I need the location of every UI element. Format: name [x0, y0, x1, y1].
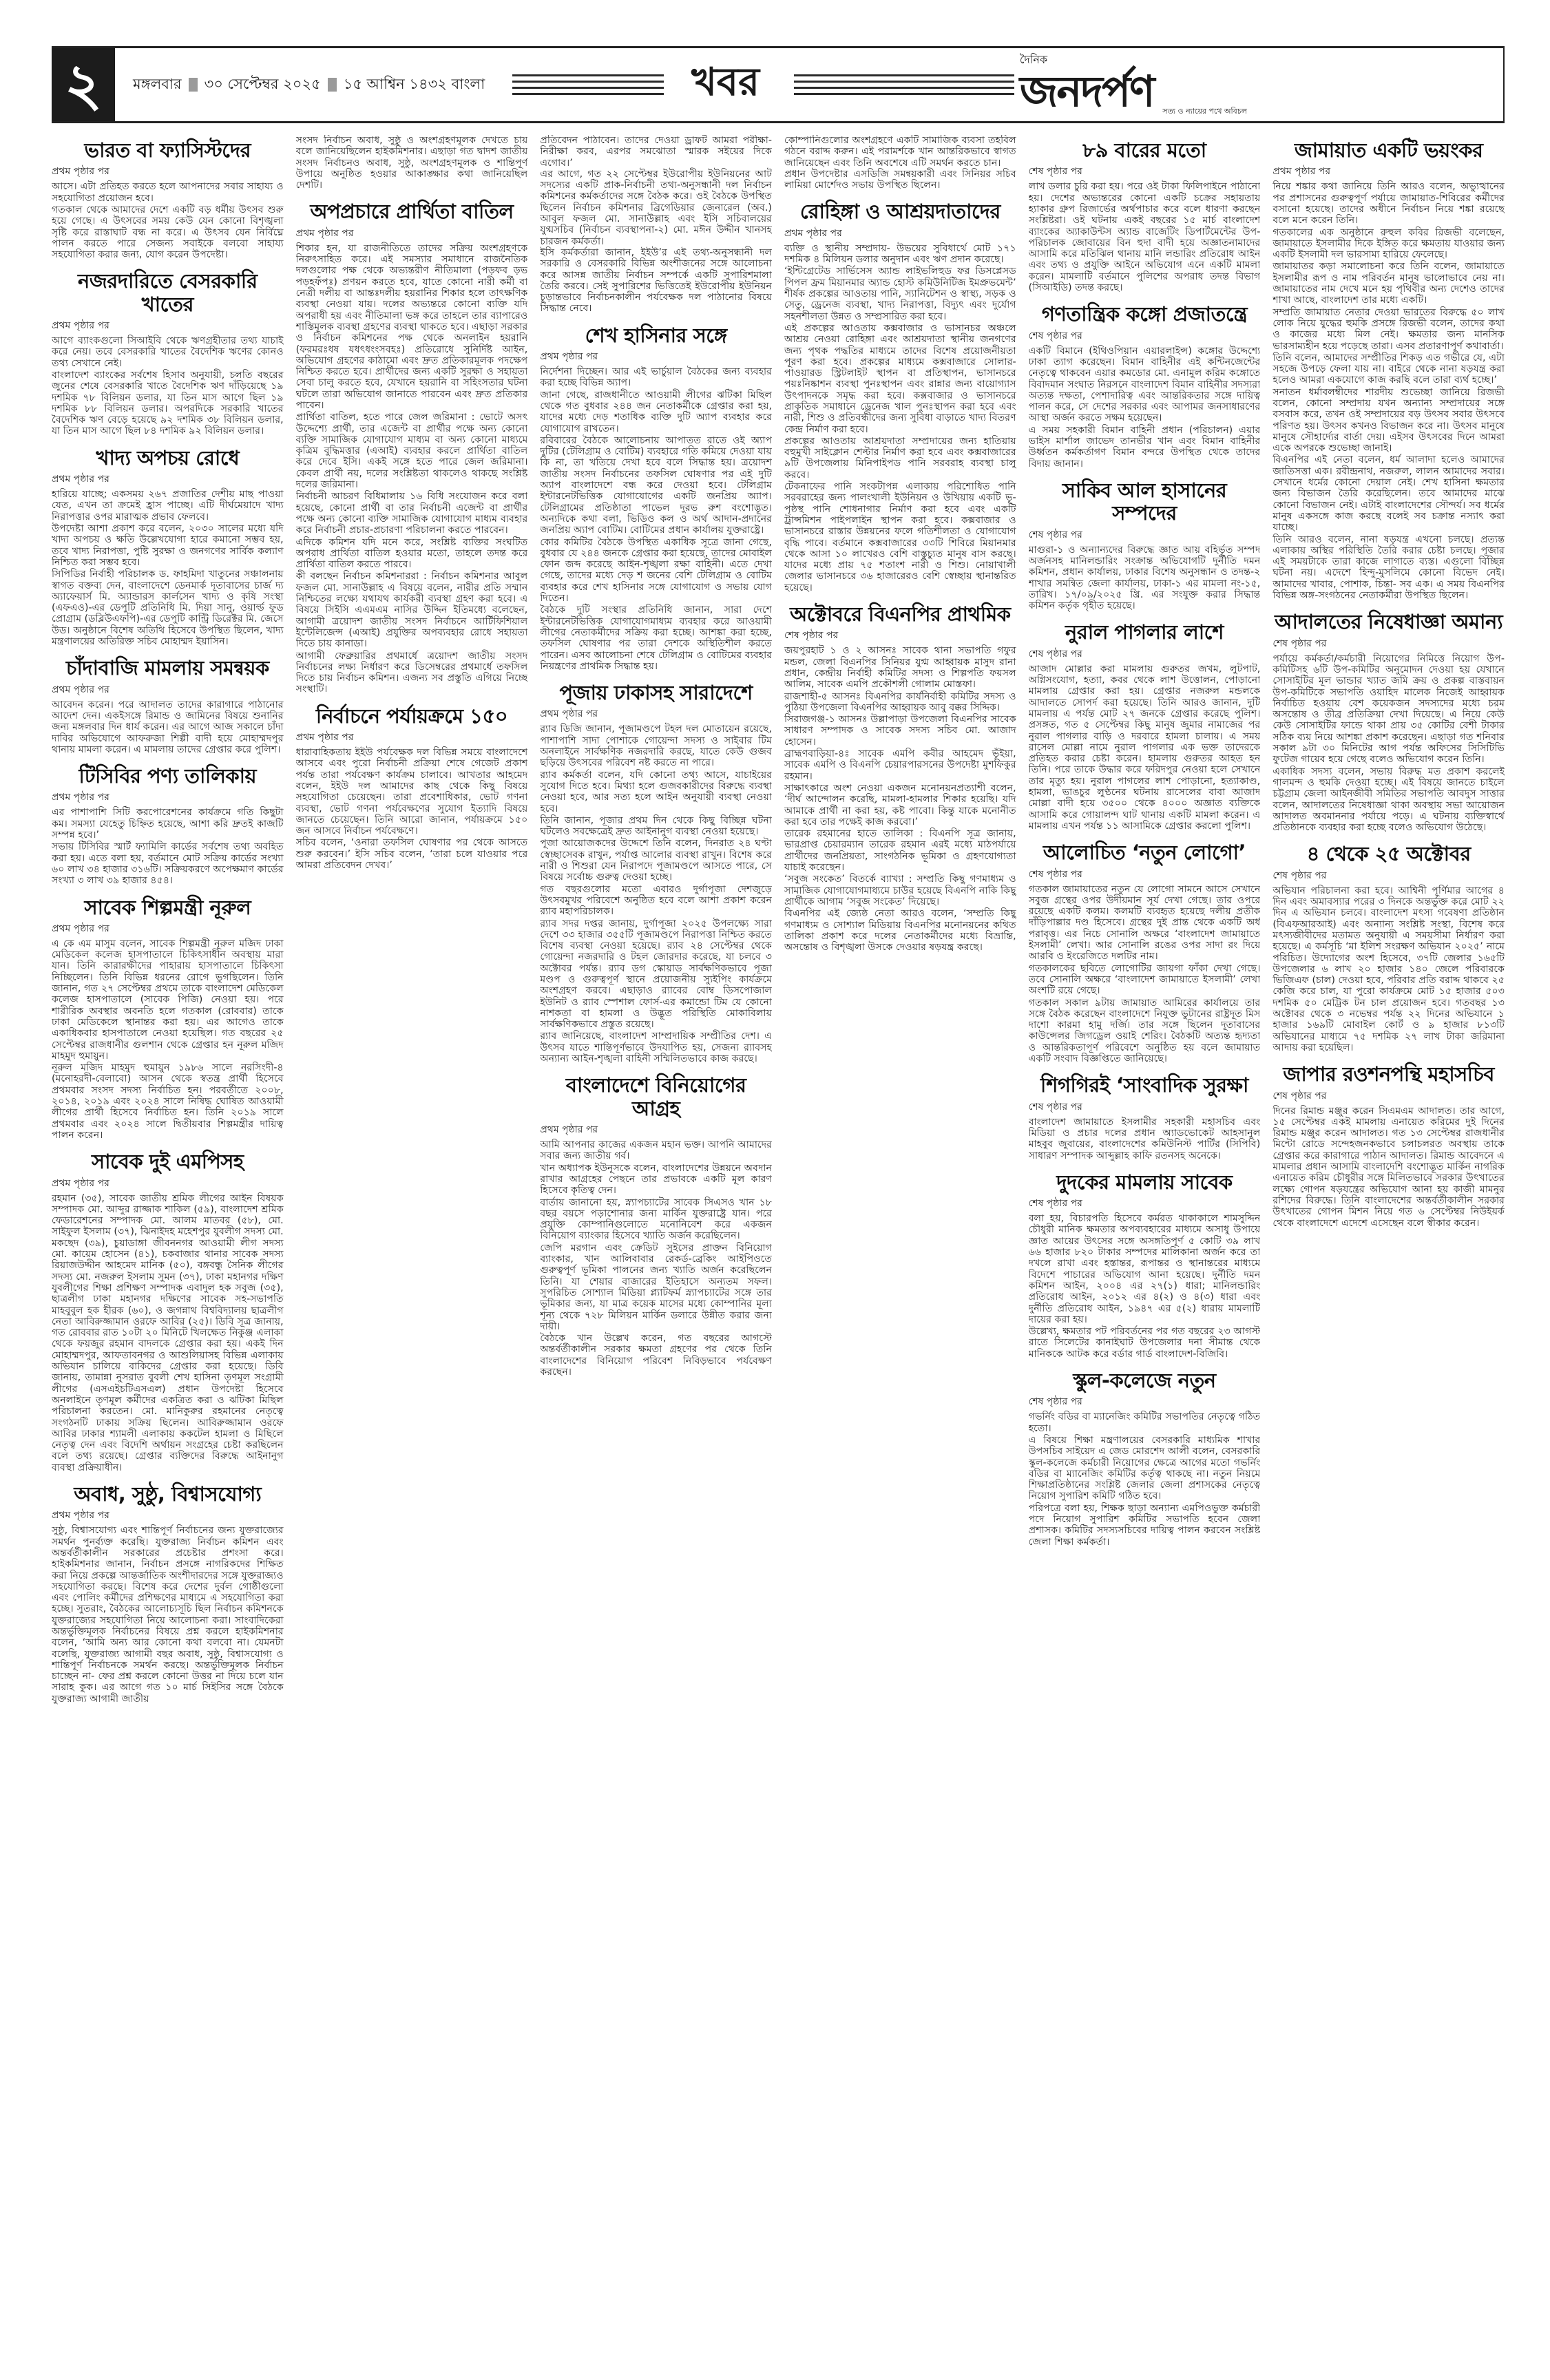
- separator-square-icon: [328, 78, 337, 92]
- date-gregorian: ৩০ সেপ্টেম্বর ২০২৫: [205, 73, 321, 97]
- article-headline[interactable]: গণতান্ত্রিক কঙ্গো প্রজাতন্ত্রে: [1029, 303, 1261, 326]
- paragraph: পর্যায়ে কর্মকর্তা/কর্মচারী নিয়োগের নিম…: [1273, 653, 1505, 766]
- article-body: নির্দেশনা দিচ্ছেন। আর এই ভার্চুয়াল বৈঠক…: [540, 366, 772, 672]
- paragraph: বৈঠকে খান উল্লেখ করেন, গত বছরের আগস্টে অ…: [540, 1333, 772, 1378]
- paragraph: নির্দেশনা দিচ্ছেন। আর এই ভার্চুয়াল বৈঠক…: [540, 366, 772, 389]
- news-article: নুরাল পাগলার লাশেশেষ পৃষ্ঠার পরআজাদ মোল্…: [1029, 621, 1261, 832]
- paragraph: গত বছরগুলোর মতো এবারও দুর্গাপূজা দেশজুড়…: [540, 884, 772, 918]
- paragraph: ব্যক্তি ও স্থানীয় সম্প্রদায়- উভয়ের সু…: [784, 243, 1016, 266]
- paragraph: গতকাল সকাল ৯টায় জামায়াত আমিরের কার্যাল…: [1029, 998, 1261, 1065]
- paragraph: দিনের রিমান্ড মঞ্জুর করেন সিএমএম আদালত। …: [1273, 1106, 1505, 1229]
- newspaper-logo: দৈনিক জনদর্পণ সত্য ও ন্যায়ের পথে অবিচল: [1020, 48, 1254, 121]
- news-article: চাঁদাবাজি মামলায় সমন্বয়কপ্রথম পৃষ্ঠার …: [52, 657, 284, 755]
- continued-from-label: শেষ পৃষ্ঠার পর: [1273, 1088, 1505, 1104]
- column-3: প্রতিবেদন পাঠাবেন। তাদের দেওয়া ড্রাফট আ…: [540, 135, 772, 2338]
- paragraph: সংসদ নির্বাচন অবাধ, সুষ্ঠু ও অংশগ্রহণমূল…: [296, 135, 528, 191]
- paragraph: আমি আপনার কাজের একজন মহান ভক্ত। আপনি আমা…: [540, 1139, 772, 1162]
- paragraph: কী বলছেন নির্বাচন কমিশনাররা : নির্বাচন ক…: [296, 571, 528, 649]
- paragraph: বিএনপির এই জ্যেষ্ঠ নেতা আরও বলেন, ‘সম্প্…: [784, 908, 1016, 953]
- continued-from-label: প্রথম পৃষ্ঠার পর: [52, 317, 284, 334]
- paragraph: লাখ ডলার চুরি করা হয়। পরে ওই টাকা ফিলিপ…: [1029, 181, 1261, 293]
- article-body: এ কে এম মাসুম বলেন, সাবেক শিল্পমন্ত্রী ন…: [52, 938, 284, 1141]
- news-article: নজরদারিতে বেসরকারি খাতেরপ্রথম পৃষ্ঠার পর…: [52, 270, 284, 436]
- paragraph: গতকাল জামায়াতের নতুন যে লোগো সামনে আসে …: [1029, 884, 1261, 962]
- paragraph: টেকনাফের পানি সংকটাপন্ন এলাকায় পরিশোধিত…: [784, 481, 1016, 593]
- news-article: বাংলাদেশে বিনিয়োগের আগ্রহপ্রথম পৃষ্ঠার …: [540, 1074, 772, 1378]
- column-4: কোম্পানিগুলোর অংশগ্রহণে একটি সামাজিক ব্য…: [784, 135, 1016, 2338]
- article-body: লাখ ডলার চুরি করা হয়। পরে ওই টাকা ফিলিপ…: [1029, 181, 1261, 293]
- article-headline[interactable]: নজরদারিতে বেসরকারি খাতের: [52, 270, 284, 316]
- paragraph: র‍্যাব জানিয়েছে, বাংলাদেশ সাম্প্রদায়িক…: [540, 1031, 772, 1064]
- continued-from-label: শেষ পৃষ্ঠার পর: [1029, 527, 1261, 543]
- article-body: নিয়ে শঙ্কার কথা জানিয়ে তিনি আরও বলেন, …: [1273, 181, 1505, 601]
- masthead: ২ মঙ্গলবার ৩০ সেপ্টেম্বর ২০২৫ ১৫ আশ্বিন …: [52, 46, 1505, 123]
- paragraph: এ কে এম মাসুম বলেন, সাবেক শিল্পমন্ত্রী ন…: [52, 938, 284, 1062]
- article-headline[interactable]: ভারত বা ফ্যাসিস্টদের: [52, 139, 284, 162]
- paragraph: জয়পুরহাট ১ ও ২ আসনঃ সাবেক থানা সভাপতি গ…: [784, 645, 1016, 690]
- continued-from-label: শেষ পৃষ্ঠার পর: [1029, 866, 1261, 883]
- news-article: সাকিব আল হাসানের সম্পদেরশেষ পৃষ্ঠার পরমা…: [1029, 479, 1261, 611]
- continued-from-label: প্রথম পৃষ্ঠার পর: [52, 682, 284, 698]
- paragraph: আবেদন করেন। পরে আদালত তাদের কারাগারে পাঠ…: [52, 699, 284, 755]
- article-columns: ভারত বা ফ্যাসিস্টদেরপ্রথম পৃষ্ঠার পরআসে।…: [52, 135, 1505, 2338]
- news-article: ভারত বা ফ্যাসিস্টদেরপ্রথম পৃষ্ঠার পরআসে।…: [52, 139, 284, 260]
- paragraph: অভিযান পরিচালনা করা হবে। আশ্বিনী পূর্ণিম…: [1273, 885, 1505, 1053]
- article-body: ধারাবাহিকতায় ইইউ পর্যবেক্ষক দল বিভিন্ন …: [296, 747, 528, 871]
- paragraph: জানা গেছে, রাজধানীতে আওয়ামী লীগের ঝটিকা…: [540, 390, 772, 434]
- paragraph: উপদেষ্টা আশা প্রকাশ করে বলেন, ২০৩০ সালের…: [52, 523, 284, 568]
- paragraph: প্রার্থিতা বাতিল, হতে পারে জেল জরিমানা :…: [296, 412, 528, 490]
- continued-from-label: প্রথম পৃষ্ঠার পর: [52, 1507, 284, 1524]
- article-body: আজাদ মোল্লার করা মামলায় গুরুতর জখম, লুট…: [1029, 664, 1261, 832]
- paragraph: ধারাবাহিকতায় ইইউ পর্যবেক্ষক দল বিভিন্ন …: [296, 747, 528, 836]
- news-article: শিগগিরই ‘সাংবাদিক সুরক্ষাশেষ পৃষ্ঠার পরব…: [1029, 1074, 1261, 1161]
- article-headline[interactable]: দুদকের মামলায় সাবেক: [1029, 1171, 1261, 1194]
- article-body: মাগুরা-১ ও অন্যান্যদের বিরুদ্ধে জ্ঞাত আয…: [1029, 545, 1261, 612]
- paragraph: এর পাশাপাশি সিটি করপোরেশনের কার্যক্রমে গ…: [52, 807, 284, 841]
- news-article: ৪ থেকে ২৫ অক্টোবরশেষ পৃষ্ঠার পরঅভিযান পর…: [1273, 843, 1505, 1053]
- news-article: স্কুল-কলেজে নতুনশেষ পৃষ্ঠার পরগভর্নিং বড…: [1029, 1369, 1261, 1548]
- paragraph: আসে। এটা প্রতিহত করতে হলে আপনাদের সবার স…: [52, 181, 284, 204]
- continued-from-label: প্রথম পৃষ্ঠার পর: [52, 789, 284, 805]
- brand-name: জনদর্পণ: [1020, 59, 1154, 130]
- paragraph: ব্রাহ্মণবাড়িয়া-৪ঃ সাবেক এমপি কবীর আহমে…: [784, 748, 1016, 782]
- news-article: আদালতের নিষেধাজ্ঞা অমান্যশেষ পৃষ্ঠার পরপ…: [1273, 611, 1505, 833]
- news-article: অপপ্রচারে প্রার্থিতা বাতিলপ্রথম পৃষ্ঠার …: [296, 200, 528, 695]
- article-headline[interactable]: নুরাল পাগলার লাশে: [1029, 621, 1261, 644]
- news-article: জাপার রওশনপন্থি মহাসচিবশেষ পৃষ্ঠার পরদিন…: [1273, 1063, 1505, 1229]
- article-body: আসে। এটা প্রতিহত করতে হলে আপনাদের সবার স…: [52, 181, 284, 260]
- news-article: শেখ হাসিনার সঙ্গেপ্রথম পৃষ্ঠার পরনির্দেশ…: [540, 324, 772, 672]
- column-1: ভারত বা ফ্যাসিস্টদেরপ্রথম পৃষ্ঠার পরআসে।…: [52, 135, 284, 2338]
- paragraph: এই প্রকল্পের আওতায় কক্সবাজার ও ভাসানচর …: [784, 323, 1016, 435]
- continued-from-label: শেষ পৃষ্ঠার পর: [1029, 1195, 1261, 1212]
- article-headline[interactable]: বাংলাদেশে বিনিয়োগের আগ্রহ: [540, 1074, 772, 1120]
- continued-text: প্রতিবেদন পাঠাবেন। তাদের দেওয়া ড্রাফট আ…: [540, 135, 772, 315]
- paragraph: জেপি মরগান এবং ক্রেডিট সুইসের প্রাক্তন ব…: [540, 1243, 772, 1332]
- article-body: হারিয়ে যাচ্ছে; একসময় ২৬৭ প্রজাতির দেশী…: [52, 489, 284, 647]
- dateline: মঙ্গলবার ৩০ সেপ্টেম্বর ২০২৫ ১৫ আশ্বিন ১৪…: [133, 73, 485, 97]
- paragraph: তিনি জানান, পূজার প্রথম দিন থেকে কিছু বি…: [540, 815, 772, 838]
- continued-from-label: প্রথম পৃষ্ঠার পর: [540, 348, 772, 365]
- paragraph: একটি বিমানে (ইথিওপিয়ান এয়ারলাইন্স) কঙ্…: [1029, 346, 1261, 424]
- continued-from-label: প্রথম পৃষ্ঠার পর: [52, 163, 284, 180]
- article-headline[interactable]: শিগগিরই ‘সাংবাদিক সুরক্ষা: [1029, 1074, 1261, 1097]
- article-body: রহমান (৩৫), সাবেক জাতীয় শ্রমিক লীগের আই…: [52, 1193, 284, 1473]
- date-bangla: ১৫ আশ্বিন ১৪৩২ বাংলা: [344, 73, 485, 97]
- paragraph: খান অধ্যাপক ইউনূসকে বলেন, বাংলাদেশের উন্…: [540, 1163, 772, 1197]
- continued-from-label: প্রথম পৃষ্ঠার পর: [784, 225, 1016, 242]
- paragraph: বার্তায় জানানো হয়, স্ন্যাপচ্যাটের সাবে…: [540, 1197, 772, 1242]
- paragraph: তারেক রহমানের হাতে তালিকা : বিএনপি সূত্র…: [784, 828, 1016, 873]
- article-headline[interactable]: অবাধ, সুষ্ঠু, বিশ্বাসযোগ্য: [52, 1483, 284, 1506]
- continued-from-label: প্রথম পৃষ্ঠার পর: [540, 1121, 772, 1138]
- article-body: পর্যায়ে কর্মকর্তা/কর্মচারী নিয়োগের নিম…: [1273, 653, 1505, 834]
- paragraph: সম্প্রতি জামায়াত নেতার দেওয়া ভারতের বি…: [1273, 307, 1505, 352]
- paragraph: এর আগে, গত ২২ সেপ্টেম্বর ইউরোপীয় ইউনিয়…: [540, 169, 772, 247]
- paragraph: জামায়াতর কড়া সমালোচনা করে তিনি বলেন, জ…: [1273, 261, 1505, 306]
- paragraph: বিএনপির এই নেতা বলেন, ধর্ম আলাদা হলেও আম…: [1273, 454, 1505, 533]
- page-number: ২: [52, 48, 115, 121]
- paragraph: র‍্যাব ডিজি জানান, পূজামণ্ডপে টহল দল মোত…: [540, 724, 772, 768]
- article-headline[interactable]: টিসিবির পণ্য তালিকায়: [52, 765, 284, 788]
- paragraph: আগামী ফেব্রুয়ারির প্রথমার্ধে ত্রয়োদশ জ…: [296, 651, 528, 695]
- article-headline[interactable]: আদালতের নিষেধাজ্ঞা অমান্য: [1273, 611, 1505, 633]
- decorative-rules: [512, 74, 664, 95]
- paragraph: সভায় টিসিবির স্মার্ট ফ্যামিলি কার্ডের স…: [52, 841, 284, 886]
- paragraph: প্রধান উপদেষ্টার এসডিজি সমন্বয়কারী এবং …: [784, 169, 1016, 191]
- article-body: এর পাশাপাশি সিটি করপোরেশনের কার্যক্রমে গ…: [52, 807, 284, 886]
- news-article: সাবেক দুই এমপিসহপ্রথম পৃষ্ঠার পররহমান (৩…: [52, 1150, 284, 1473]
- article-headline[interactable]: জামায়াত একটি ভয়ংকর: [1273, 139, 1505, 162]
- article-headline[interactable]: সাবেক দুই এমপিসহ: [52, 1150, 284, 1173]
- day: মঙ্গলবার: [133, 73, 182, 97]
- article-body: অভিযান পরিচালনা করা হবে। আশ্বিনী পূর্ণিম…: [1273, 885, 1505, 1053]
- paragraph: ‘ইন্টিগ্রেটেড সার্ভিসেস অ্যান্ড লাইভলিহু…: [784, 266, 1016, 322]
- article-headline[interactable]: রোহিঙ্গা ও আশ্রয়দাতাদের: [784, 200, 1016, 223]
- column-5: ৮৯ বারের মতোশেষ পৃষ্ঠার পরলাখ ডলার চুরি …: [1029, 135, 1261, 2338]
- paragraph: তিনি আরও বলেন, নানা ষড়যন্ত্র এখনো চলছে।…: [1273, 534, 1505, 602]
- continued-text: কোম্পানিগুলোর অংশগ্রহণে একটি সামাজিক ব্য…: [784, 135, 1016, 191]
- article-headline[interactable]: আলোচিত ‘নতুন লোগো’: [1029, 841, 1261, 864]
- continued-from-label: প্রথম পৃষ্ঠার পর: [296, 729, 528, 746]
- paragraph: পূজা আয়োজকদের উদ্দেশে তিনি বলেন, দিনরাত…: [540, 838, 772, 883]
- article-headline[interactable]: জাপার রওশনপন্থি মহাসচিব: [1273, 1063, 1505, 1086]
- continued-from-label: প্রথম পৃষ্ঠার পর: [296, 225, 528, 242]
- column-6: জামায়াত একটি ভয়ংকরপ্রথম পৃষ্ঠার পরনিয়…: [1273, 135, 1505, 2338]
- article-headline[interactable]: অক্টোবরে বিএনপির প্রাথমিক: [784, 603, 1016, 626]
- paragraph: আজাদ মোল্লার করা মামলায় গুরুতর জখম, লুট…: [1029, 664, 1261, 832]
- paragraph: মাগুরা-১ ও অন্যান্যদের বিরুদ্ধে জ্ঞাত আয…: [1029, 545, 1261, 612]
- article-body: একটি বিমানে (ইথিওপিয়ান এয়ারলাইন্স) কঙ্…: [1029, 346, 1261, 470]
- paragraph: এ সময় সহকারী বিমান বাহিনী প্রধান (পরিচা…: [1029, 425, 1261, 470]
- news-article: নির্বাচনে পর্যায়ক্রমে ১৫০প্রথম পৃষ্ঠার …: [296, 705, 528, 872]
- paragraph: এ বিষয়ে শিক্ষা মন্ত্রণালয়ের বেসরকারি ম…: [1029, 1435, 1261, 1502]
- paragraph: নিয়ে শঙ্কার কথা জানিয়ে তিনি আরও বলেন, …: [1273, 181, 1505, 226]
- article-body: সুষ্ঠু, বিশ্বাসযোগ্য এবং শান্তিপূর্ণ নির…: [52, 1525, 284, 1705]
- continued-from-label: প্রথম পৃষ্ঠার পর: [540, 706, 772, 722]
- paragraph: গতকাল থেকে আমাদের দেশে একটি বড় ধর্মীয় …: [52, 204, 284, 260]
- continued-text: সংসদ নির্বাচন অবাধ, সুষ্ঠু ও অংশগ্রহণমূল…: [296, 135, 528, 191]
- paragraph: সুষ্ঠু, বিশ্বাসযোগ্য এবং শান্তিপূর্ণ নির…: [52, 1525, 284, 1705]
- news-article: অক্টোবরে বিএনপির প্রাথমিকশেষ পৃষ্ঠার পরজ…: [784, 603, 1016, 953]
- article-headline[interactable]: সাবেক শিল্পমন্ত্রী নূরুল: [52, 896, 284, 919]
- article-headline[interactable]: চাঁদাবাজি মামলায় সমন্বয়ক: [52, 657, 284, 680]
- article-headline[interactable]: ৪ থেকে ২৫ অক্টোবর: [1273, 843, 1505, 865]
- paragraph: প্রতিবেদন পাঠাবেন। তাদের দেওয়া ড্রাফট আ…: [540, 135, 772, 169]
- paragraph: বাংলাদেশ জামায়াতে ইসলামীর সহকারী মহাসচি…: [1029, 1117, 1261, 1161]
- paragraph: র‍্যাব সদর দপ্তর জানায়, দুর্গাপূজা ২০২৫…: [540, 918, 772, 1031]
- news-article: আলোচিত ‘নতুন লোগো’শেষ পৃষ্ঠার পরগতকাল জা…: [1029, 841, 1261, 1064]
- paragraph: এদিকে কমিশন যদি মনে করে, সংশ্লিষ্ট ব্যক্…: [296, 537, 528, 571]
- paragraph: শিকার হন, যা রাজনীতিতে তাদের সক্রিয় অংশ…: [296, 243, 528, 411]
- news-article: পূজায় ঢাকাসহ সারাদেশেপ্রথম পৃষ্ঠার পরর‍…: [540, 682, 772, 1064]
- news-article: জামায়াত একটি ভয়ংকরপ্রথম পৃষ্ঠার পরনিয়…: [1273, 139, 1505, 601]
- continued-from-label: শেষ পৃষ্ঠার পর: [784, 627, 1016, 644]
- paragraph: রাজশাহী-৫ আসনঃ বিএনপির কার্যনির্বাহী কমি…: [784, 691, 1016, 714]
- paragraph: সিপিডির নির্বাহী পরিচালক ড. ফাহমিদা খাতু…: [52, 569, 284, 647]
- article-body: বলা হয়, বিচারপতি হিসেবে কর্মরত থাকাকালে…: [1029, 1213, 1261, 1360]
- article-body: আবেদন করেন। পরে আদালত তাদের কারাগারে পাঠ…: [52, 699, 284, 755]
- paragraph: গতকালকের ছবিতে লোগোটির জায়গা ফাঁকা দেখা…: [1029, 963, 1261, 997]
- article-body: র‍্যাব ডিজি জানান, পূজামণ্ডপে টহল দল মোত…: [540, 724, 772, 1064]
- article-body: গভর্নিং বডির বা ম্যানেজিং কমিটির সভাপতির…: [1029, 1411, 1261, 1548]
- paragraph: বলা হয়, বিচারপতি হিসেবে কর্মরত থাকাকালে…: [1029, 1213, 1261, 1325]
- continued-from-label: শেষ পৃষ্ঠার পর: [1029, 1099, 1261, 1115]
- article-body: শিকার হন, যা রাজনীতিতে তাদের সক্রিয় অংশ…: [296, 243, 528, 695]
- continued-from-label: শেষ পৃষ্ঠার পর: [1273, 867, 1505, 884]
- continued-from-label: প্রথম পৃষ্ঠার পর: [52, 471, 284, 487]
- continued-from-label: শেষ পৃষ্ঠার পর: [1029, 163, 1261, 180]
- paragraph: সাক্ষাৎকারে অংশ নেওয়া একজন মনোনয়নপ্রত্…: [784, 783, 1016, 828]
- paragraph: প্রকল্পের আওতায় আশ্রয়দাতা সম্প্রদায়ের…: [784, 436, 1016, 481]
- paragraph: আগে ব্যাংকগুলো সিআইবি থেকে ঋণগ্রহীতার তথ…: [52, 335, 284, 369]
- brand-tagline: সত্য ও ন্যায়ের পথে অবিচল: [1162, 105, 1247, 118]
- paragraph: ইসি কর্মকর্তারা জানান, ইইউ’র এই তথ্য-অনু…: [540, 247, 772, 315]
- decorative-rules: [794, 74, 1014, 95]
- paragraph: নূরুল মজিদ মাহমুদ হুমায়ুন ১৯৮৬ সালে নরস…: [52, 1062, 284, 1141]
- continued-from-label: প্রথম পৃষ্ঠার পর: [52, 1175, 284, 1192]
- article-body: গতকাল জামায়াতের নতুন যে লোগো সামনে আসে …: [1029, 884, 1261, 1065]
- paragraph: রহমান (৩৫), সাবেক জাতীয় শ্রমিক লীগের আই…: [52, 1193, 284, 1473]
- article-body: বাংলাদেশ জামায়াতে ইসলামীর সহকারী মহাসচি…: [1029, 1117, 1261, 1161]
- continued-from-label: প্রথম পৃষ্ঠার পর: [1273, 163, 1505, 180]
- paragraph: সচিব বলেন, ‘ওনারা তফসিল ঘোষণার পর থেকে আ…: [296, 837, 528, 871]
- paragraph: নির্বাচনী আচরণ বিধিমালায় ১৬ বিধি সংযোজন…: [296, 491, 528, 536]
- continued-from-label: প্রথম পৃষ্ঠার পর: [52, 920, 284, 937]
- news-article: রোহিঙ্গা ও আশ্রয়দাতাদেরপ্রথম পৃষ্ঠার পর…: [784, 200, 1016, 593]
- article-headline[interactable]: অপপ্রচারে প্রার্থিতা বাতিল: [296, 200, 528, 223]
- paragraph: একাধিক সদস্য বলেন, সভায় বিরুদ্ধ মত প্রক…: [1273, 766, 1505, 834]
- article-headline[interactable]: শেখ হাসিনার সঙ্গে: [540, 324, 772, 347]
- paragraph: ‘সবুজ সংকেত’ বিতর্কে ব্যাখ্যা : সম্প্রতি…: [784, 874, 1016, 907]
- article-headline[interactable]: ৮৯ বারের মতো: [1029, 139, 1261, 162]
- article-body: দিনের রিমান্ড মঞ্জুর করেন সিএমএম আদালত। …: [1273, 1106, 1505, 1229]
- paragraph: বৈঠকে দুটি সংস্থার প্রতিনিধি জানান, সারা…: [540, 604, 772, 672]
- paragraph: গভর্নিং বডির বা ম্যানেজিং কমিটির সভাপতির…: [1029, 1411, 1261, 1434]
- article-headline[interactable]: পূজায় ঢাকাসহ সারাদেশে: [540, 682, 772, 704]
- continued-from-label: শেষ পৃষ্ঠার পর: [1029, 328, 1261, 344]
- news-article: গণতান্ত্রিক কঙ্গো প্রজাতন্ত্রেশেষ পৃষ্ঠা…: [1029, 303, 1261, 470]
- continued-from-label: শেষ পৃষ্ঠার পর: [1029, 646, 1261, 662]
- article-headline[interactable]: সাকিব আল হাসানের সম্পদের: [1029, 479, 1261, 525]
- article-body: আমি আপনার কাজের একজন মহান ভক্ত। আপনি আমা…: [540, 1139, 772, 1378]
- article-body: আগে ব্যাংকগুলো সিআইবি থেকে ঋণগ্রহীতার তথ…: [52, 335, 284, 437]
- paragraph: পরিপত্রে বলা হয়, শিক্ষক ছাড়া অন্যান্য …: [1029, 1503, 1261, 1548]
- paragraph: র‍্যাব কর্মকর্তা বলেন, যদি কোনো তথ্য আসে…: [540, 770, 772, 814]
- article-body: জয়পুরহাট ১ ও ২ আসনঃ সাবেক থানা সভাপতি গ…: [784, 645, 1016, 953]
- news-article: অবাধ, সুষ্ঠু, বিশ্বাসযোগ্যপ্রথম পৃষ্ঠার …: [52, 1483, 284, 1705]
- paragraph: গতকালের এক অনুষ্ঠানে রুহুল কবির রিজভী বল…: [1273, 227, 1505, 261]
- news-article: খাদ্য অপচয় রোধেপ্রথম পৃষ্ঠার পরহারিয়ে …: [52, 447, 284, 648]
- column-2: সংসদ নির্বাচন অবাধ, সুষ্ঠু ও অংশগ্রহণমূল…: [296, 135, 528, 2338]
- paragraph: সনাতন ধর্মাবলম্বীদের শারদীয় শুভেচ্ছা জা…: [1273, 387, 1505, 454]
- paragraph: কোর কমিটির বৈঠকে উপস্থিত একাধিক সূত্রে জ…: [540, 537, 772, 604]
- news-article: দুদকের মামলায় সাবেকশেষ পৃষ্ঠার পরবলা হয…: [1029, 1171, 1261, 1360]
- article-body: ব্যক্তি ও স্থানীয় সম্প্রদায়- উভয়ের সু…: [784, 243, 1016, 593]
- news-article: ৮৯ বারের মতোশেষ পৃষ্ঠার পরলাখ ডলার চুরি …: [1029, 139, 1261, 293]
- continued-from-label: শেষ পৃষ্ঠার পর: [1029, 1393, 1261, 1410]
- paragraph: তিনি বলেন, আমাদের সম্প্রীতির শিকড় এত গভ…: [1273, 352, 1505, 386]
- article-headline[interactable]: নির্বাচনে পর্যায়ক্রমে ১৫০: [296, 705, 528, 728]
- news-article: টিসিবির পণ্য তালিকায়প্রথম পৃষ্ঠার পরএর …: [52, 765, 284, 886]
- paragraph: সিরাজগঞ্জ-১ আসনঃ উল্লাপাড়া উপজেলা বিএনপ…: [784, 714, 1016, 748]
- paragraph: বাংলাদেশ ব্যাংকের সর্বশেষ হিসাব অনুযায়ী…: [52, 370, 284, 437]
- article-headline[interactable]: স্কুল-কলেজে নতুন: [1029, 1369, 1261, 1392]
- section-title: খবর: [691, 52, 760, 117]
- article-headline[interactable]: খাদ্য অপচয় রোধে: [52, 447, 284, 470]
- separator-square-icon: [189, 78, 198, 92]
- news-article: সাবেক শিল্পমন্ত্রী নূরুলপ্রথম পৃষ্ঠার পর…: [52, 896, 284, 1141]
- continued-from-label: শেষ পৃষ্ঠার পর: [1273, 635, 1505, 652]
- paragraph: রবিবারের বৈঠকে আলোচনায় আপাতত রাতে ওই অ্…: [540, 435, 772, 536]
- paragraph: কোম্পানিগুলোর অংশগ্রহণে একটি সামাজিক ব্য…: [784, 135, 1016, 169]
- paragraph: উল্লেখ্য, ক্ষমতার পট পরিবর্তনের পর গত বছ…: [1029, 1326, 1261, 1360]
- paragraph: হারিয়ে যাচ্ছে; একসময় ২৬৭ প্রজাতির দেশী…: [52, 489, 284, 523]
